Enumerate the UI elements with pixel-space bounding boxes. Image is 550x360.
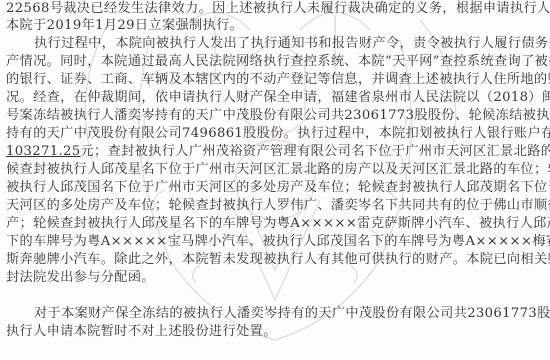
text-line-with-amount: 103271.25元；查封被执行人广州茂裕资产管理有限公司名下位于广州市天河区汇… — [6, 143, 550, 161]
text-line: 产情况。同时，本院通过最高人民法院网络执行查控系统、本院“天平网”查控系统查询了… — [6, 53, 550, 71]
text-line-rest: 元；查封被执行人广州茂裕资产管理有限公司名下位于广州市天河区汇景北路的房产；轮 — [80, 144, 550, 159]
text-line: 下的车牌号为粤A×××××宝马牌小汽车、被执行人邱茂国名下的车牌号为粤A××××… — [6, 233, 550, 251]
text-line: 封法院发出参与分配函。 — [6, 269, 155, 287]
deducted-amount: 103271.25 — [6, 144, 80, 159]
paragraph-start-line: 执行过程中，本院向被执行人发出了执行通知书和报告财产令，责令被执行人履行债务并报… — [34, 35, 550, 53]
text-line: 产；轮候查封被执行人邱茂星名下的车牌号为粤A×××××雷克萨斯牌小汽车、被执行人… — [6, 215, 550, 233]
paragraph-start-line: 对于本案财产保全冻结的被执行人潘奕岑持有的天广中茂股份有限公司共23061773… — [34, 305, 550, 323]
text-line: 执行人申请本院暂时不对上述股份进行处置。 — [6, 323, 277, 341]
text-line: 天河区的多处房产及车位；轮候查封被执行人罗伟广、潘奕岑名下共同共有的位于佛山市顺… — [6, 197, 550, 215]
text-line: 被执行人邱茂国名下位于广州市天河区的多处房产及车位；轮候查封被执行人邱茂期名下位… — [6, 179, 550, 197]
text-line: 号案冻结被执行人潘奕岑持有的天广中茂股份有限公司共23061773股股份、轮候冻… — [6, 107, 550, 125]
text-line: 候查封被执行人邱茂星名下位于广州市天河区汇景北路的房产以及天河区汇景北路的车位；… — [6, 161, 550, 179]
text-line: 本院于2019年1月29日立案强制执行。 — [6, 17, 243, 35]
text-line: 持有的天广中茂股份有限公司7496861股股份。执行过程中，本院扣划被执行人银行… — [6, 125, 550, 143]
text-line: 况。经查，在仲裁期间，依申请执行人财产保全申请，福建省泉州市人民法院以（2018… — [6, 89, 550, 107]
document-page: 22568号裁决已经发生法律效力。因上述被执行人未履行裁决确定的义务，根据申请执… — [0, 0, 550, 360]
text-line: 22568号裁决已经发生法律效力。因上述被执行人未履行裁决确定的义务，根据申请执… — [6, 0, 550, 18]
text-line: 的银行、证券、工商、车辆及本辖区内的不动产登记等信息，并调查上述被执行人住所地的… — [6, 71, 550, 89]
text-line: 斯奔驰牌小汽车。除此之外，本院暂未发现被执行人有其他可供执行的财产。本院已向相关… — [6, 251, 550, 269]
